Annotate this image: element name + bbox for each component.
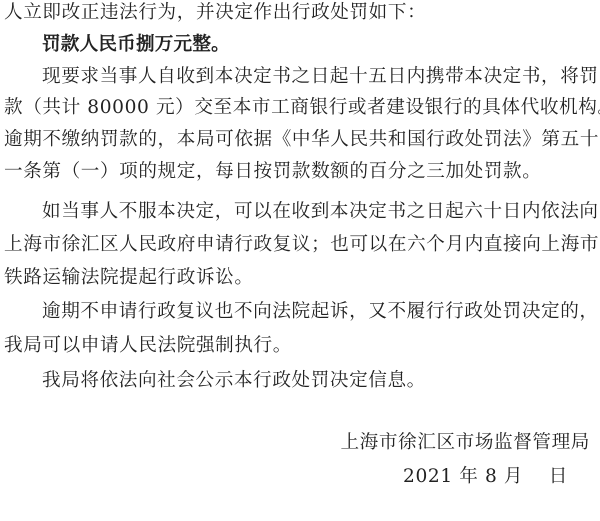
paragraph-line: 现要求当事人自收到本决定书之日起十五日内携带本决定书，将罚 xyxy=(42,66,599,88)
paragraph-line: 上海市徐汇区人民政府申请行政复议；也可以在六个月内直接向上海市 xyxy=(4,234,599,256)
issue-date: 2021 年 8 月 日 xyxy=(403,466,568,488)
paragraph-line: 我局可以申请人民法院强制执行。 xyxy=(4,335,292,357)
paragraph-line: 逾期不申请行政复议也不向法院起诉，又不履行行政处罚决定的， xyxy=(42,301,599,323)
penalty-decision: 罚款人民币捌万元整。 xyxy=(42,34,230,56)
paragraph-line: 一条第（一）项的规定，每日按罚款数额的百分之三加处罚款。 xyxy=(4,161,541,183)
issuer-signature: 上海市徐汇区市场监督管理局 xyxy=(340,432,590,454)
paragraph-line: 铁路运输法院提起行政诉讼。 xyxy=(4,267,254,289)
paragraph-line: 逾期不缴纳罚款的，本局可依据《中华人民共和国行政处罚法》第五十 xyxy=(4,129,599,151)
paragraph-line: 我局将依法向社会公示本行政处罚决定信息。 xyxy=(42,370,426,392)
paragraph-line: 如当事人不服本决定，可以在收到本决定书之日起六十日内依法向 xyxy=(42,201,599,223)
paragraph-line: 人立即改正违法行为，并决定作出行政处罚如下： xyxy=(4,2,426,24)
paragraph-line: 款（共计 80000 元）交至本市工商银行或者建设银行的具体代收机构。 xyxy=(4,97,600,119)
